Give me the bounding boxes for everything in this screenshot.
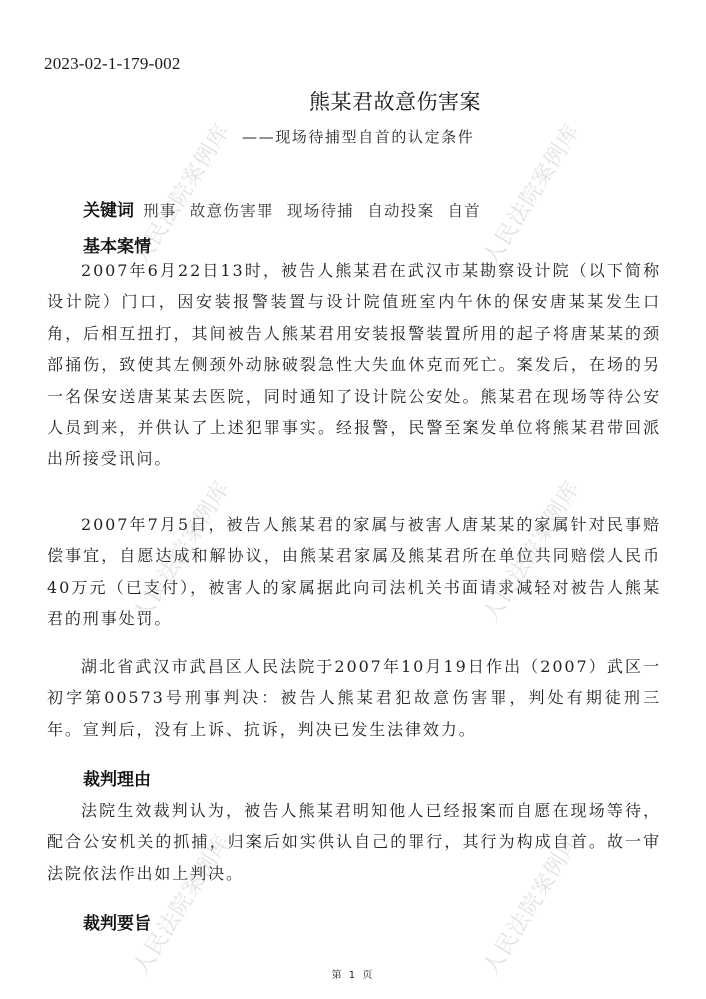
keywords-label: 关键词 (83, 201, 134, 221)
keyword-item: 自首 (448, 202, 482, 220)
keyword-item: 故意伤害罪 (190, 202, 274, 220)
section-heading-reasoning: 裁判理由 (83, 765, 151, 790)
section-heading-basic-facts: 基本案情 (83, 232, 151, 257)
paragraph-reasoning-1: 法院生效裁判认为，被告人熊某君明知他人已经报案而自愿在现场等待，配合公安机关的抓… (47, 795, 661, 889)
watermark: 人民法院案例库 (475, 117, 587, 270)
keywords-line: 关键词 刑事 故意伤害罪 现场待捕 自动投案 自首 (83, 196, 489, 221)
keyword-item: 自动投案 (367, 202, 434, 220)
paragraph-facts-1: 2007年6月22日13时，被告人熊某君在武汉市某勘察设计院（以下简称设计院）门… (47, 255, 661, 475)
case-number: 2023-02-1-179-002 (44, 54, 181, 74)
document-title: 熊某君故意伤害案 (0, 86, 706, 116)
keyword-item: 刑事 (143, 202, 177, 220)
paragraph-facts-2: 2007年7月5日，被告人熊某君的家属与被害人唐某某的家属针对民事赔偿事宜，自愿… (47, 509, 661, 635)
keyword-item: 现场待捕 (287, 202, 354, 220)
section-heading-gist: 裁判要旨 (83, 909, 151, 934)
page-number: 第 1 页 (0, 966, 706, 981)
document-page: 2023-02-1-179-002 熊某君故意伤害案 ——现场待捕型自首的认定条… (0, 0, 706, 999)
paragraph-facts-3: 湖北省武汉市武昌区人民法院于2007年10月19日作出（2007）武区一初字第0… (47, 651, 661, 745)
document-subtitle: ——现场待捕型自首的认定条件 (242, 126, 474, 147)
